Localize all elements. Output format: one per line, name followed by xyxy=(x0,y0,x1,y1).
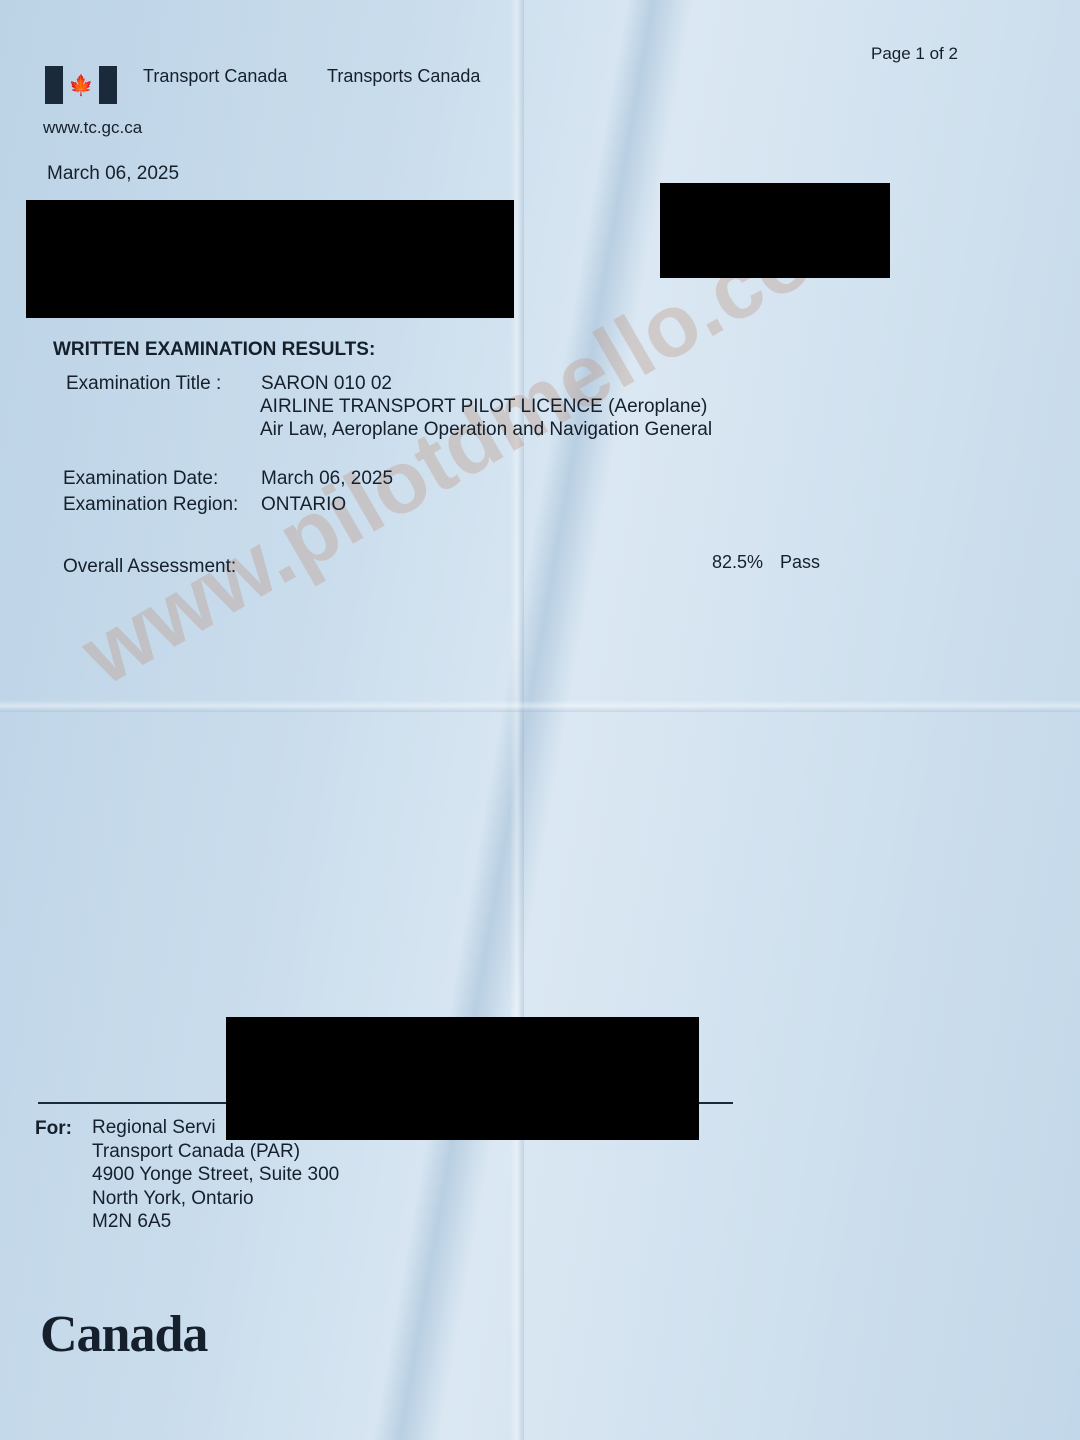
address-line: M2N 6A5 xyxy=(92,1210,339,1234)
redacted-block xyxy=(226,1017,699,1140)
website: www.tc.gc.ca xyxy=(43,118,142,138)
exam-title-line3: Air Law, Aeroplane Operation and Navigat… xyxy=(260,419,712,441)
exam-date-label: Examination Date: xyxy=(63,468,218,490)
redacted-block xyxy=(26,200,514,318)
exam-title-line2: AIRLINE TRANSPORT PILOT LICENCE (Aeropla… xyxy=(260,396,707,418)
assessment-result: Pass xyxy=(780,552,820,573)
page-indicator: Page 1 of 2 xyxy=(871,44,958,64)
department-name-fr: Transports Canada xyxy=(327,66,480,87)
letter-date: March 06, 2025 xyxy=(47,163,179,185)
exam-title-code: SARON 010 02 xyxy=(261,373,392,395)
results-heading: WRITTEN EXAMINATION RESULTS: xyxy=(53,339,375,361)
department-name-en: Transport Canada xyxy=(143,66,287,87)
assessment-label: Overall Assessment: xyxy=(63,556,236,578)
canada-flag-icon: 🍁 xyxy=(45,66,117,104)
address-line: North York, Ontario xyxy=(92,1187,339,1211)
assessment-score: 82.5% xyxy=(712,552,763,573)
address-line: 4900 Yonge Street, Suite 300 xyxy=(92,1163,339,1187)
canada-wordmark: Canada xyxy=(40,1305,207,1364)
redacted-block xyxy=(660,183,890,278)
paper-fold-horizontal xyxy=(0,700,1080,712)
exam-region-value: ONTARIO xyxy=(261,494,346,516)
exam-title-label: Examination Title : xyxy=(66,373,221,395)
exam-date-value: March 06, 2025 xyxy=(261,468,393,490)
address-line: Transport Canada (PAR) xyxy=(92,1140,339,1164)
for-label: For: xyxy=(35,1118,72,1140)
exam-region-label: Examination Region: xyxy=(63,494,238,516)
